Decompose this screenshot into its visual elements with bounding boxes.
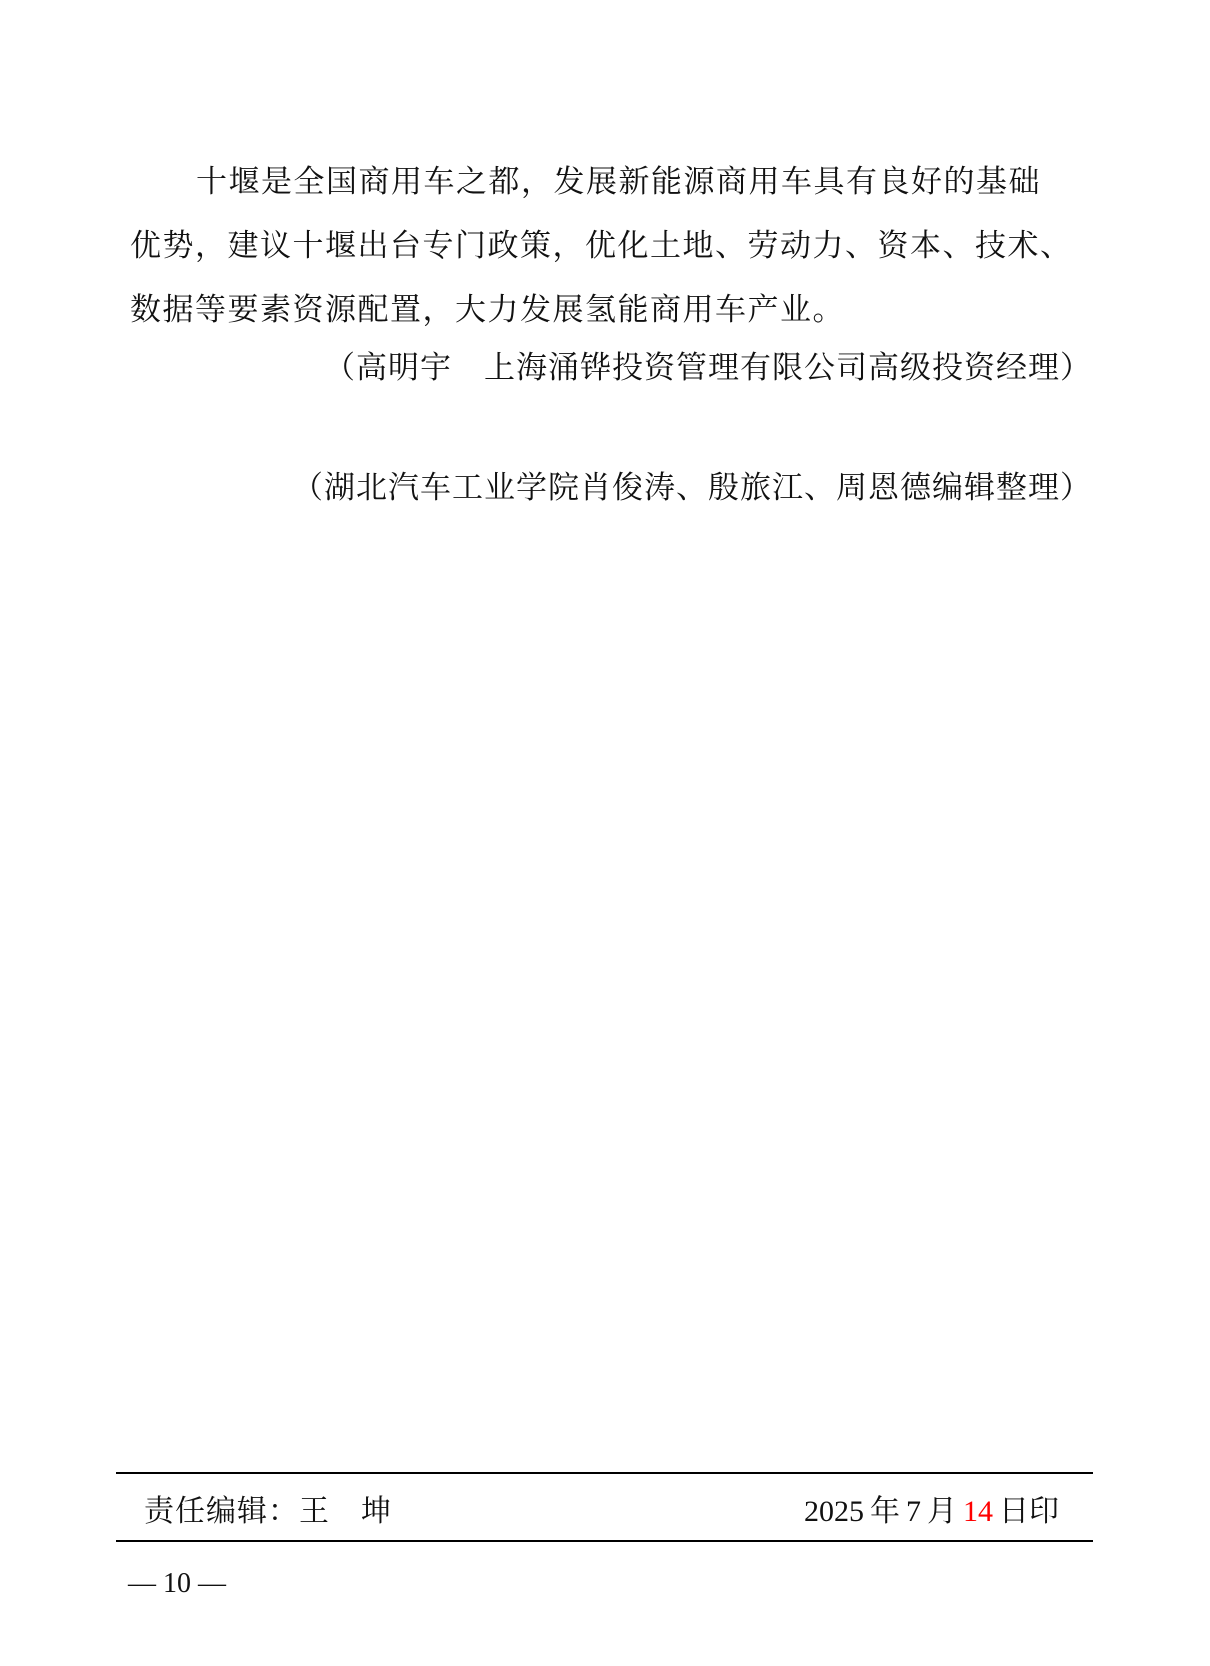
page-number: — 10 —	[128, 1568, 226, 1600]
responsible-editor-name: 王 坤	[299, 1494, 392, 1529]
paragraph-line: 优势，建议十堰出台专门政策，优化土地、劳动力、资本、技术、	[130, 214, 1090, 278]
paragraph-line: 十堰是全国商用车之都，发展新能源商用车具有良好的基础	[130, 150, 1090, 214]
editor-attribution: （湖北汽车工业学院肖俊涛、殷旅江、周恩德编辑整理）	[292, 462, 1092, 507]
print-day-unit: 日印	[999, 1494, 1059, 1529]
footer-top-rule	[116, 1472, 1093, 1474]
print-date: 2025年7月14日印	[804, 1486, 1093, 1530]
print-year: 2025	[804, 1495, 864, 1528]
responsible-editor: 责任编辑：王 坤	[116, 1486, 392, 1530]
paragraph-line: 数据等要素资源配置，大力发展氢能商用车产业。	[130, 278, 1090, 342]
responsible-editor-label: 责任编辑：	[144, 1494, 299, 1529]
print-month-unit: 月	[927, 1494, 957, 1529]
footer-bottom-rule	[116, 1540, 1093, 1542]
footer-row: 责任编辑：王 坤 2025年7月14日印	[116, 1478, 1093, 1538]
print-year-unit: 年	[870, 1494, 900, 1529]
print-month: 7	[906, 1495, 921, 1528]
body-paragraph: 十堰是全国商用车之都，发展新能源商用车具有良好的基础 优势，建议十堰出台专门政策…	[130, 150, 1090, 342]
author-attribution: （高明宇 上海涌铧投资管理有限公司高级投资经理）	[324, 342, 1092, 387]
print-day: 14	[963, 1495, 993, 1528]
